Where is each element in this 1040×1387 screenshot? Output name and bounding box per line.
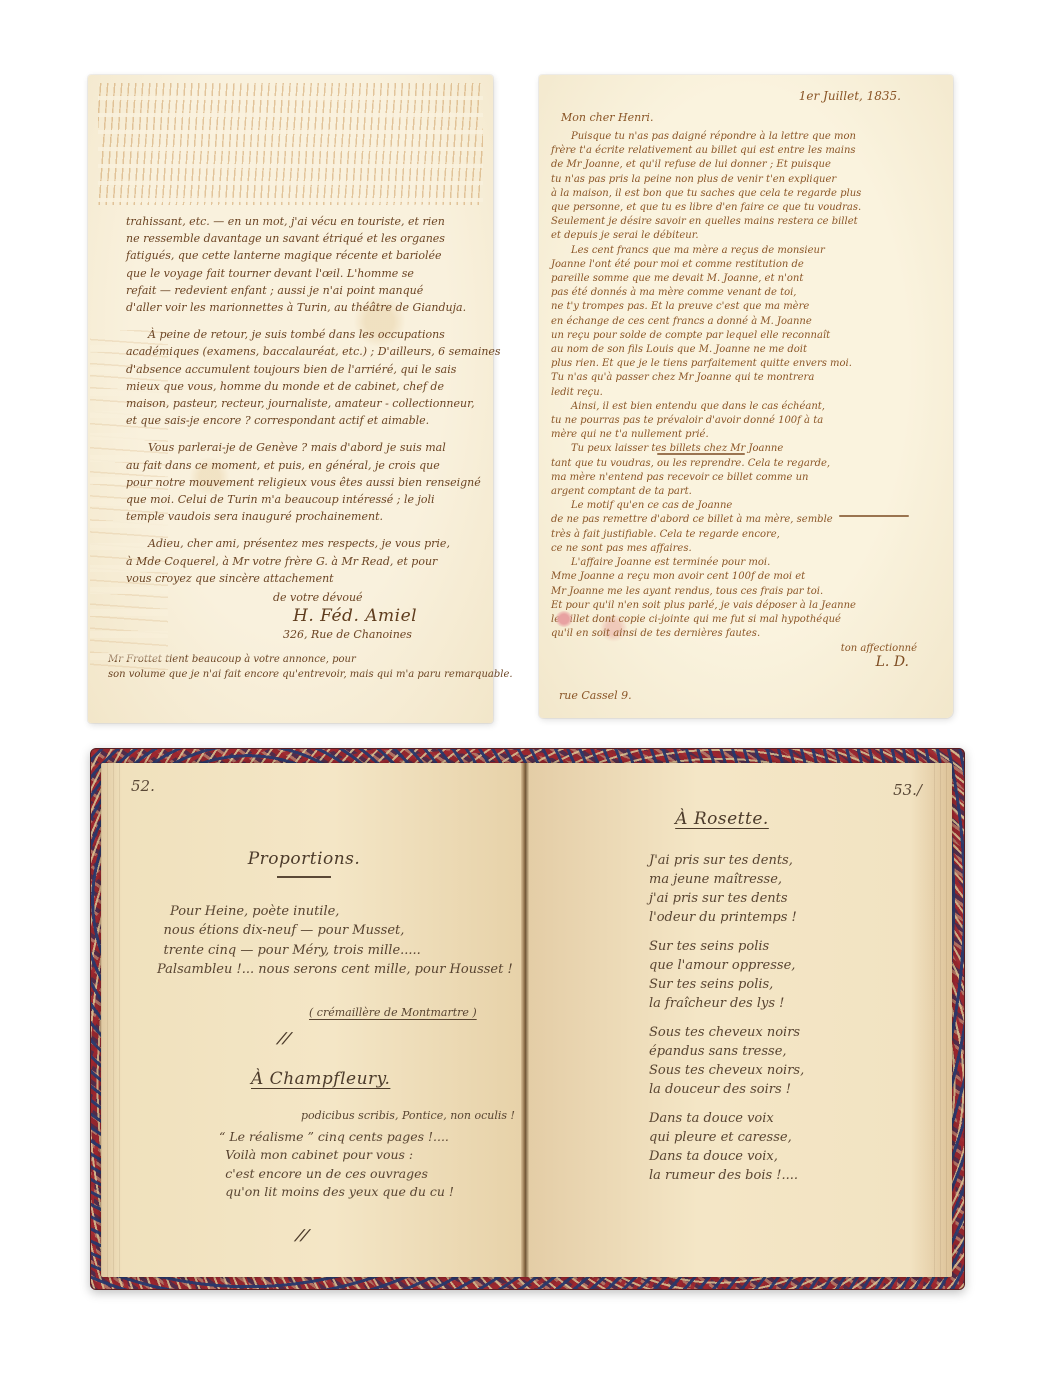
section-divider: // [294,1226,311,1244]
text-line: d'absence accumulent toujours bien de l'… [126,361,467,378]
text-line: Sur tes seins polis [649,937,952,956]
text-line: académiques (examens, baccalauréat, etc.… [126,343,467,360]
text-line: Joanne l'ont été pour moi et comme resti… [551,258,945,272]
text-line: Vous parlerai-je de Genève ? mais d'abor… [126,439,467,456]
letter-address: 326, Rue de Chanoines [283,628,493,641]
open-poetry-notebook: 52. Proportions. Pour Heine, poète inuti… [90,748,965,1290]
text-line: J'ai pris sur tes dents, [649,851,952,870]
text-line: temple vaudois sera inauguré prochaineme… [126,508,467,525]
poem-title-rosette: À Rosette. [675,809,769,829]
section-divider: // [276,1029,293,1047]
text-line: Seulement je désire savoir en quelles ma… [551,215,945,229]
text-line: ma jeune maîtresse, [649,870,952,889]
text-line: trente cinq — pour Méry, trois mille....… [157,941,521,961]
poem-attribution: ( crémaillère de Montmartre ) [309,1006,521,1019]
text-line: Puisque tu n'as pas daigné répondre à la… [551,130,945,144]
scanned-manuscripts-photo: { "letters": { "left": { "description": … [0,0,1040,1387]
text-line: tu ne pourras pas te prévaloir d'avoir d… [551,414,945,428]
letter-address-bottom: rue Cassel 9. [559,689,632,702]
poem-epigraph: podicibus scribis, Pontice, non oculis ! [301,1109,521,1122]
text-line: Palsambleu !... nous serons cent mille, … [157,960,521,980]
text-line: tant que tu voudras, ou les reprendre. C… [551,457,945,471]
text-line: Mr Joanne me les ayant rendus, tous ces … [551,585,945,599]
text-line: pour notre mouvement religieux vous êtes… [126,474,467,491]
text-line: Tu n'as qu'à passer chez Mr Joanne qui t… [551,371,945,385]
text-line: j'ai pris sur tes dents [649,889,952,908]
ink-strikethrough [839,515,909,517]
letter-closing: ton affectionné [539,643,917,654]
text-line: au nom de son fils Louis que M. Joanne n… [551,343,945,357]
text-line [126,429,467,439]
text-line: trahissant, etc. — en un mot, j'ai vécu … [126,213,467,230]
text-line: ne ressemble davantage un savant étriqué… [126,230,467,247]
text-line: et que sais-je encore ? correspondant ac… [126,412,467,429]
text-line: À peine de retour, je suis tombé dans le… [126,326,467,343]
text-line: ledit reçu. [551,386,945,400]
text-line: vous croyez que sincère attachement [126,570,467,587]
text-line: c'est encore un de ces ouvrages [219,1165,521,1184]
text-line: Et pour qu'il n'en soit plus parlé, je v… [551,599,945,613]
book-gutter [521,763,529,1277]
text-line: fatigués, que cette lanterne magique réc… [126,247,467,264]
text-line: Sous tes cheveux noirs [649,1023,952,1042]
text-line: Adieu, cher ami, présentez mes respects,… [126,535,467,552]
text-line: Tu peux laisser tes billets chez Mr Joan… [551,442,945,456]
letter-page-amiel: trahissant, etc. — en un mot, j'ai vécu … [88,75,493,723]
book-pages: 52. Proportions. Pour Heine, poète inuti… [101,763,952,1277]
text-line: L'affaire Joanne est terminée pour moi. [551,556,945,570]
poem-rosette-lines: J'ai pris sur tes dents,ma jeune maîtres… [649,851,952,1185]
text-line: ce ne sont pas mes affaires. [551,542,945,556]
ink-strikethrough [657,453,745,455]
text-line: pareille somme que me devait M. Joanne, … [551,272,945,286]
text-line: qu'il en soit ainsi de tes dernières fau… [551,627,945,641]
text-line: l'odeur du printemps ! [649,908,952,927]
page-number-left: 52. [131,777,521,795]
text-line: pas été donnés à ma mère comme venant de… [551,286,945,300]
text-line: à Mde Coquerel, à Mr votre frère G. à Mr… [126,553,467,570]
text-line: Sous tes cheveux noirs, [649,1061,952,1080]
text-line: très à fait justifiable. Cela te regarde… [551,528,945,542]
text-line: en échange de ces cent francs a donné à … [551,315,945,329]
text-line: Dans ta douce voix, [649,1147,952,1166]
text-line: ne t'y trompes pas. Et la preuve c'est q… [551,300,945,314]
letter-closing: de votre dévoué [273,591,493,604]
text-line: que le voyage fait tourner devant l'œil.… [126,265,467,282]
text-line: Mme Joanne a reçu mon avoir cent 100f de… [551,570,945,584]
text-line: argent comptant de ta part. [551,485,945,499]
ink-stain [555,611,573,627]
text-line: à la maison, il est bon que tu saches qu… [551,187,945,201]
text-line [126,525,467,535]
text-line: refait — redevient enfant ; aussi je n'a… [126,282,467,299]
page-number-right: 53./ [893,781,922,799]
text-line: la fraîcheur des lys ! [649,994,952,1013]
text-line: maison, pasteur, recteur, journaliste, a… [126,395,467,412]
book-page-53: 53./ À Rosette. J'ai pris sur tes dents,… [529,763,952,1277]
text-line: tu n'as pas pris la peine non plus de ve… [551,173,945,187]
title-underline [277,876,331,878]
text-line: Dans ta douce voix [649,1109,952,1128]
poem-proportions-header: Proportions. [219,849,389,878]
letter-body: Puisque tu n'as pas daigné répondre à la… [551,130,945,641]
poem-title-champfleury: À Champfleury. [251,1069,390,1089]
poem-rosette-header: À Rosette. [647,809,797,829]
text-line: Voilà mon cabinet pour vous : [219,1146,521,1165]
text-line: un reçu pour solde de compte par lequel … [551,329,945,343]
text-line [649,927,952,937]
text-line: que personne, et que tu es libre d'en fa… [551,201,945,215]
text-line: et depuis je serai le débiteur. [551,229,945,243]
text-line [649,1099,952,1109]
ink-bleedthrough-pattern [98,83,483,205]
text-line: le billet dont copie ci-jointe qui me fu… [551,613,945,627]
poem-title: Proportions. [248,849,361,869]
text-line: mère qui ne t'a nullement prié. [551,428,945,442]
text-line: “ Le réalisme ” cinq cents pages !.... [219,1128,521,1147]
letter-date: 1er Juillet, 1835. [539,89,901,103]
text-line: frère t'a écrite relativement au billet … [551,144,945,158]
text-line: nous étions dix-neuf — pour Musset, [157,921,521,941]
letter-body: trahissant, etc. — en un mot, j'ai vécu … [126,213,467,587]
text-line: Les cent francs que ma mère a reçus de m… [551,244,945,258]
text-line: que l'amour oppresse, [649,956,952,975]
text-line: Le motif qu'en ce cas de Joanne [551,499,945,513]
poem-proportions-lines: Pour Heine, poète inutile, nous étions d… [157,902,521,980]
text-line: Sur tes seins polis, [649,975,952,994]
text-line: Pour Heine, poète inutile, [157,902,521,922]
text-line: ma mère n'entend pas recevoir ce billet … [551,471,945,485]
text-line [126,316,467,326]
text-line: la douceur des soirs ! [649,1080,952,1099]
signature-ld: L. D. [539,654,909,670]
book-page-52: 52. Proportions. Pour Heine, poète inuti… [101,763,521,1277]
text-line: mieux que vous, homme du monde et de cab… [126,378,467,395]
text-line: Ainsi, il est bien entendu que dans le c… [551,400,945,414]
text-line: qu'on lit moins des yeux que du cu ! [219,1183,521,1202]
text-line: d'aller voir les marionnettes à Turin, a… [126,299,467,316]
poem-champfleury-lines: “ Le réalisme ” cinq cents pages !.... V… [219,1128,521,1202]
text-line: qui pleure et caresse, [649,1128,952,1147]
text-line: la rumeur des bois !.... [649,1166,952,1185]
text-line: de Mr Joanne, et qu'il refuse de lui don… [551,158,945,172]
letter-salutation: Mon cher Henri. [561,111,953,124]
signature-amiel: H. Féd. Amiel [293,606,493,626]
text-line: plus rien. Et que je le tiens parfaiteme… [551,357,945,371]
text-line: épandus sans tresse, [649,1042,952,1061]
text-line [649,1013,952,1023]
text-line: au fait dans ce moment, et puis, en géné… [126,457,467,474]
letter-page-ld: 1er Juillet, 1835. Mon cher Henri. Puisq… [539,75,953,718]
text-line: que moi. Celui de Turin m'a beaucoup int… [126,491,467,508]
